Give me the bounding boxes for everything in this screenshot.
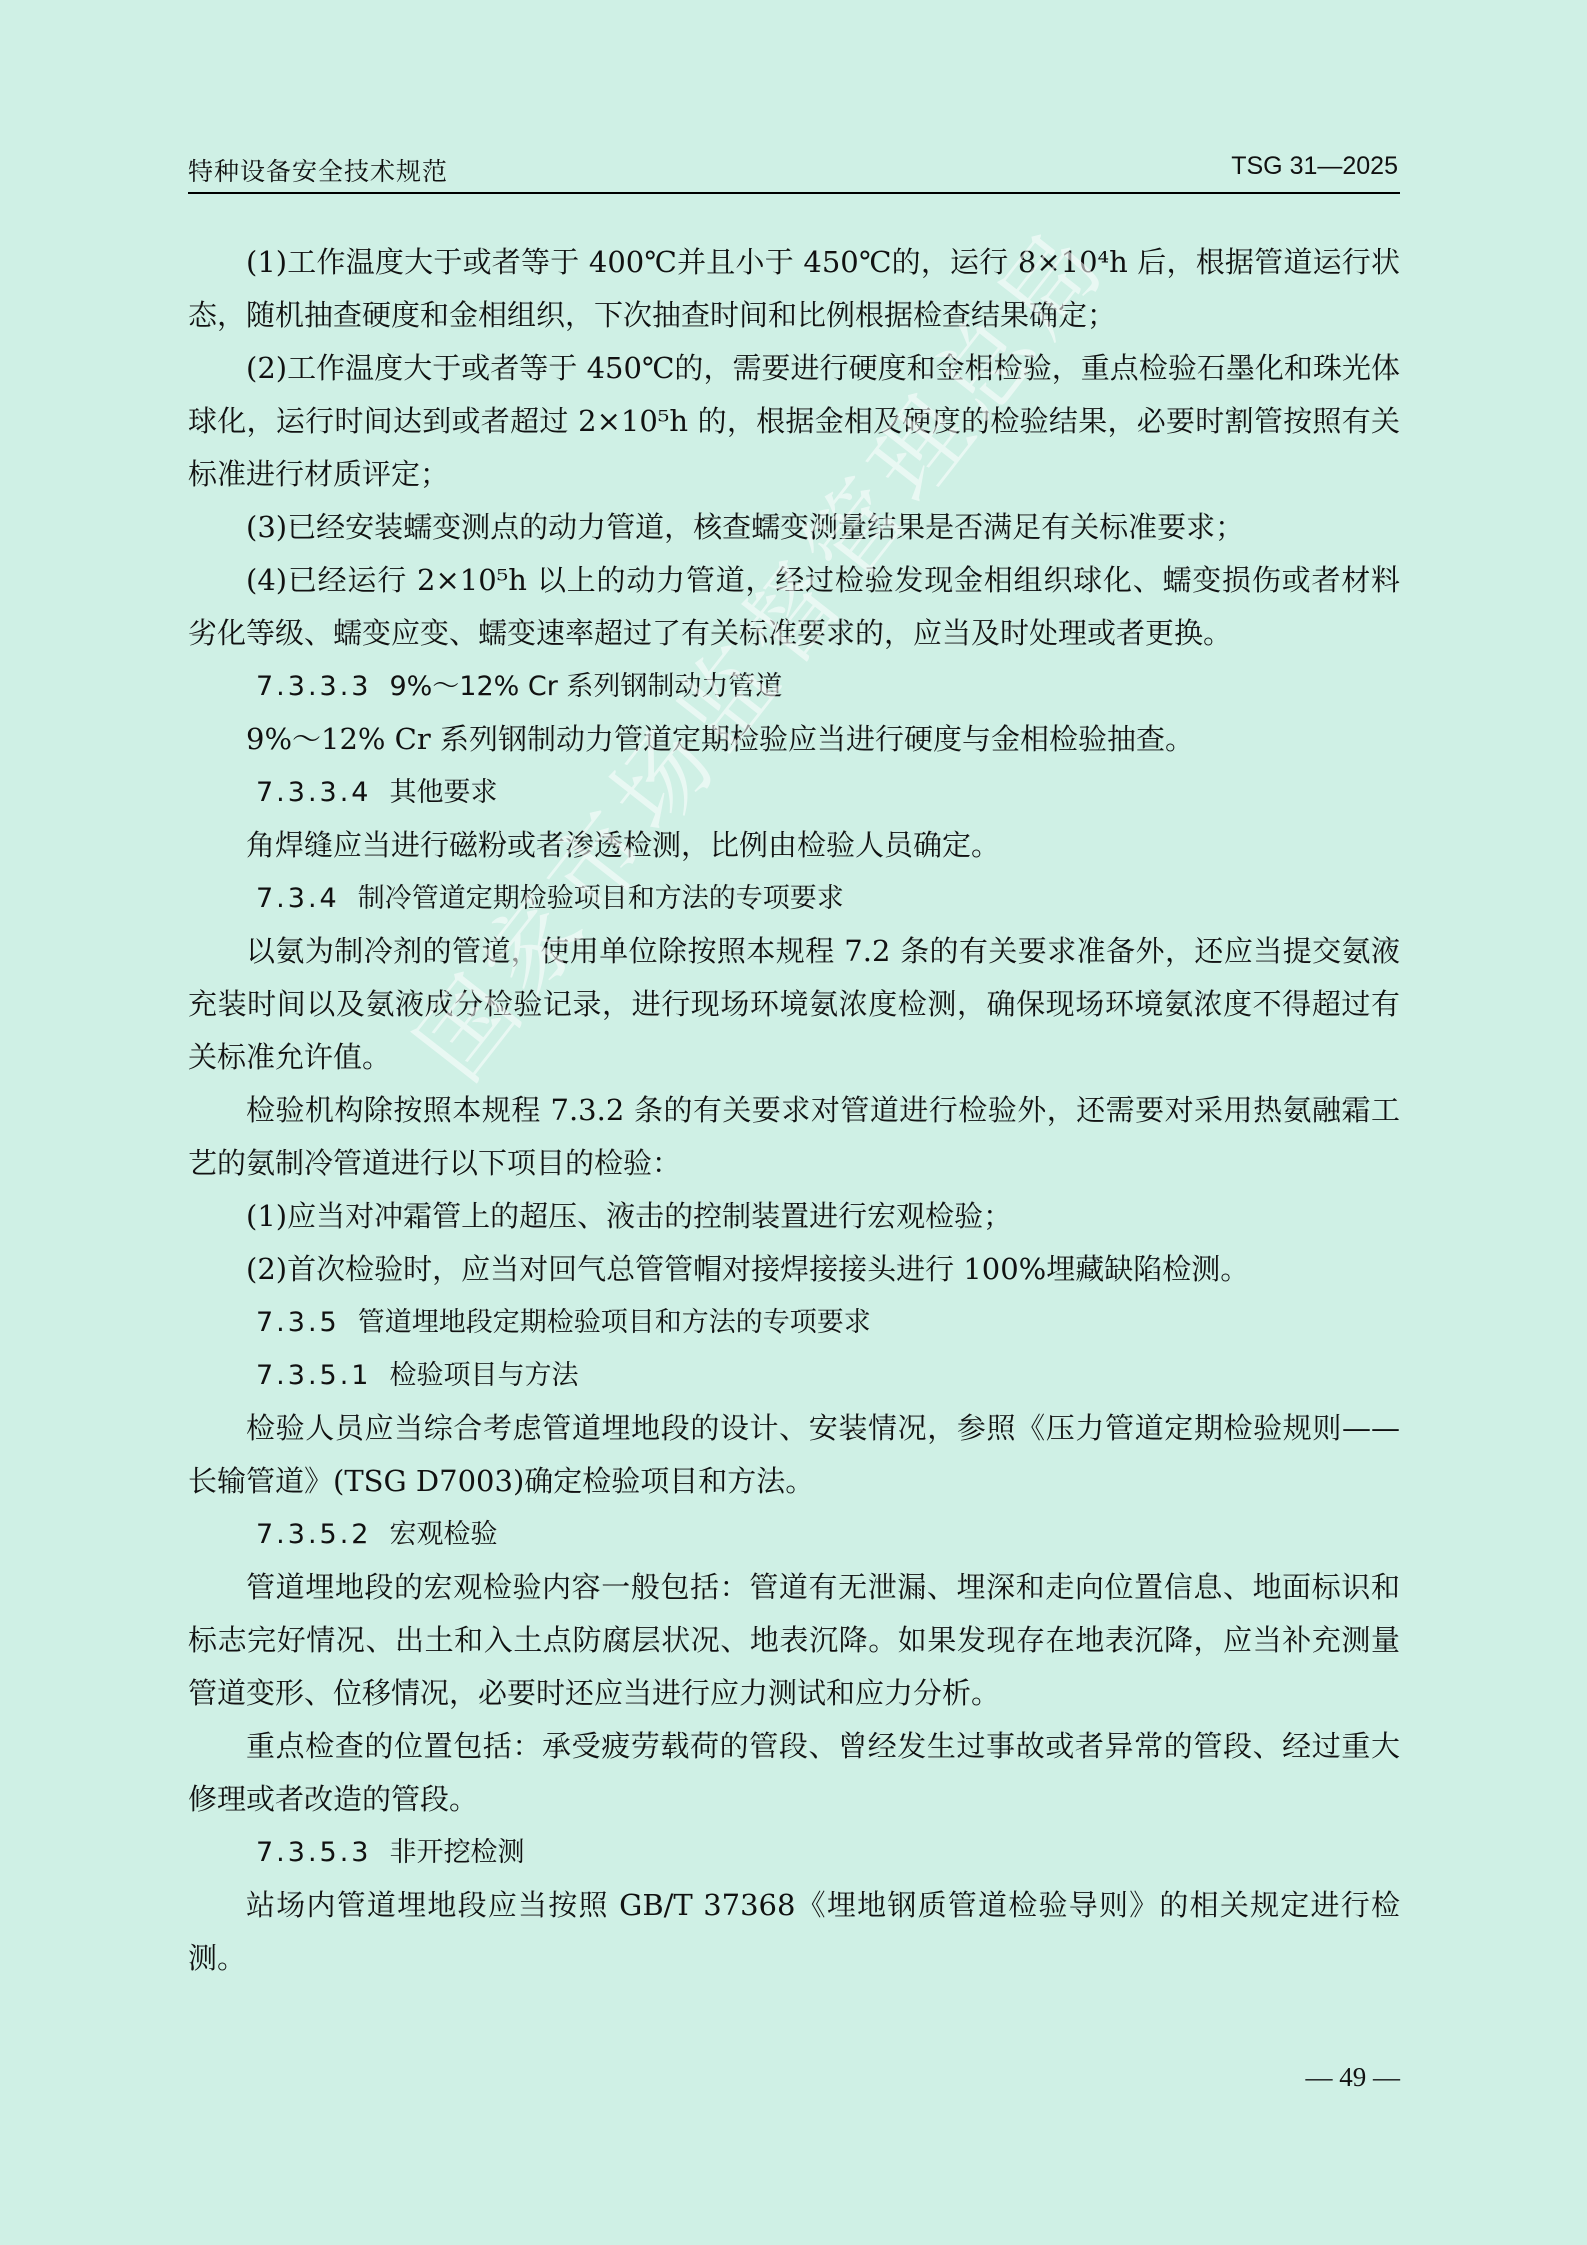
section-title: 9%～12% Cr 系列钢制动力管道 <box>389 671 782 702</box>
paragraph: 检验机构除按照本规程 7.3.2 条的有关要求对管道进行检验外，还需要对采用热氨… <box>188 1084 1400 1190</box>
paragraph: 检验人员应当综合考虑管道埋地段的设计、安装情况，参照《压力管道定期检验规则——长… <box>188 1402 1400 1508</box>
section-heading-7-3-5-1: 7.3.5.1检验项目与方法 <box>188 1349 1400 1402</box>
section-number: 7.3.3.4 <box>256 766 371 819</box>
section-number: 7.3.5.3 <box>256 1826 371 1879</box>
section-title: 制冷管道定期检验项目和方法的专项要求 <box>358 883 844 914</box>
section-number: 7.3.5.1 <box>256 1349 371 1402</box>
page-body: (1)工作温度大于或者等于 400℃并且小于 450℃的，运行 8×10⁴h 后… <box>188 236 1400 1985</box>
section-heading-7-3-5: 7.3.5管道埋地段定期检验项目和方法的专项要求 <box>188 1296 1400 1349</box>
paragraph: 9%～12% Cr 系列钢制动力管道定期检验应当进行硬度与金相检验抽查。 <box>188 713 1400 766</box>
section-title: 其他要求 <box>389 777 497 808</box>
page-number: — 49 — <box>1306 2062 1401 2093</box>
section-heading-7-3-3-3: 7.3.3.39%～12% Cr 系列钢制动力管道 <box>188 660 1400 713</box>
section-title: 非开挖检测 <box>389 1837 524 1868</box>
section-number: 7.3.5 <box>256 1296 340 1349</box>
header-title: 特种设备安全技术规范 <box>188 152 448 188</box>
paragraph: 站场内管道埋地段应当按照 GB/T 37368《埋地钢质管道检验导则》的相关规定… <box>188 1879 1400 1985</box>
header-standard-code: TSG 31—2025 <box>1231 152 1398 181</box>
section-title: 宏观检验 <box>389 1519 497 1550</box>
section-heading-7-3-5-3: 7.3.5.3非开挖检测 <box>188 1826 1400 1879</box>
paragraph: 角焊缝应当进行磁粉或者渗透检测，比例由检验人员确定。 <box>188 819 1400 872</box>
paragraph-item-4: (4)已经运行 2×10⁵h 以上的动力管道，经过检验发现金相组织球化、蠕变损伤… <box>188 554 1400 660</box>
section-heading-7-3-4: 7.3.4制冷管道定期检验项目和方法的专项要求 <box>188 872 1400 925</box>
section-number: 7.3.5.2 <box>256 1508 371 1561</box>
section-heading-7-3-3-4: 7.3.3.4其他要求 <box>188 766 1400 819</box>
paragraph-item-2: (2)首次检验时，应当对回气总管管帽对接焊接接头进行 100%埋藏缺陷检测。 <box>188 1243 1400 1296</box>
paragraph-item-3: (3)已经安装蠕变测点的动力管道，核查蠕变测量结果是否满足有关标准要求； <box>188 501 1400 554</box>
section-number: 7.3.4 <box>256 872 340 925</box>
paragraph: 以氨为制冷剂的管道，使用单位除按照本规程 7.2 条的有关要求准备外，还应当提交… <box>188 925 1400 1084</box>
paragraph: 重点检查的位置包括：承受疲劳载荷的管段、曾经发生过事故或者异常的管段、经过重大修… <box>188 1720 1400 1826</box>
section-number: 7.3.3.3 <box>256 660 371 713</box>
section-title: 检验项目与方法 <box>389 1360 578 1391</box>
paragraph-item-1: (1)应当对冲霜管上的超压、液击的控制装置进行宏观检验； <box>188 1190 1400 1243</box>
running-header: 特种设备安全技术规范 TSG 31—2025 <box>188 150 1400 194</box>
paragraph: 管道埋地段的宏观检验内容一般包括：管道有无泄漏、埋深和走向位置信息、地面标识和标… <box>188 1561 1400 1720</box>
section-title: 管道埋地段定期检验项目和方法的专项要求 <box>358 1307 871 1338</box>
paragraph-item-2: (2)工作温度大于或者等于 450℃的，需要进行硬度和金相检验，重点检验石墨化和… <box>188 342 1400 501</box>
section-heading-7-3-5-2: 7.3.5.2宏观检验 <box>188 1508 1400 1561</box>
paragraph-item-1: (1)工作温度大于或者等于 400℃并且小于 450℃的，运行 8×10⁴h 后… <box>188 236 1400 342</box>
